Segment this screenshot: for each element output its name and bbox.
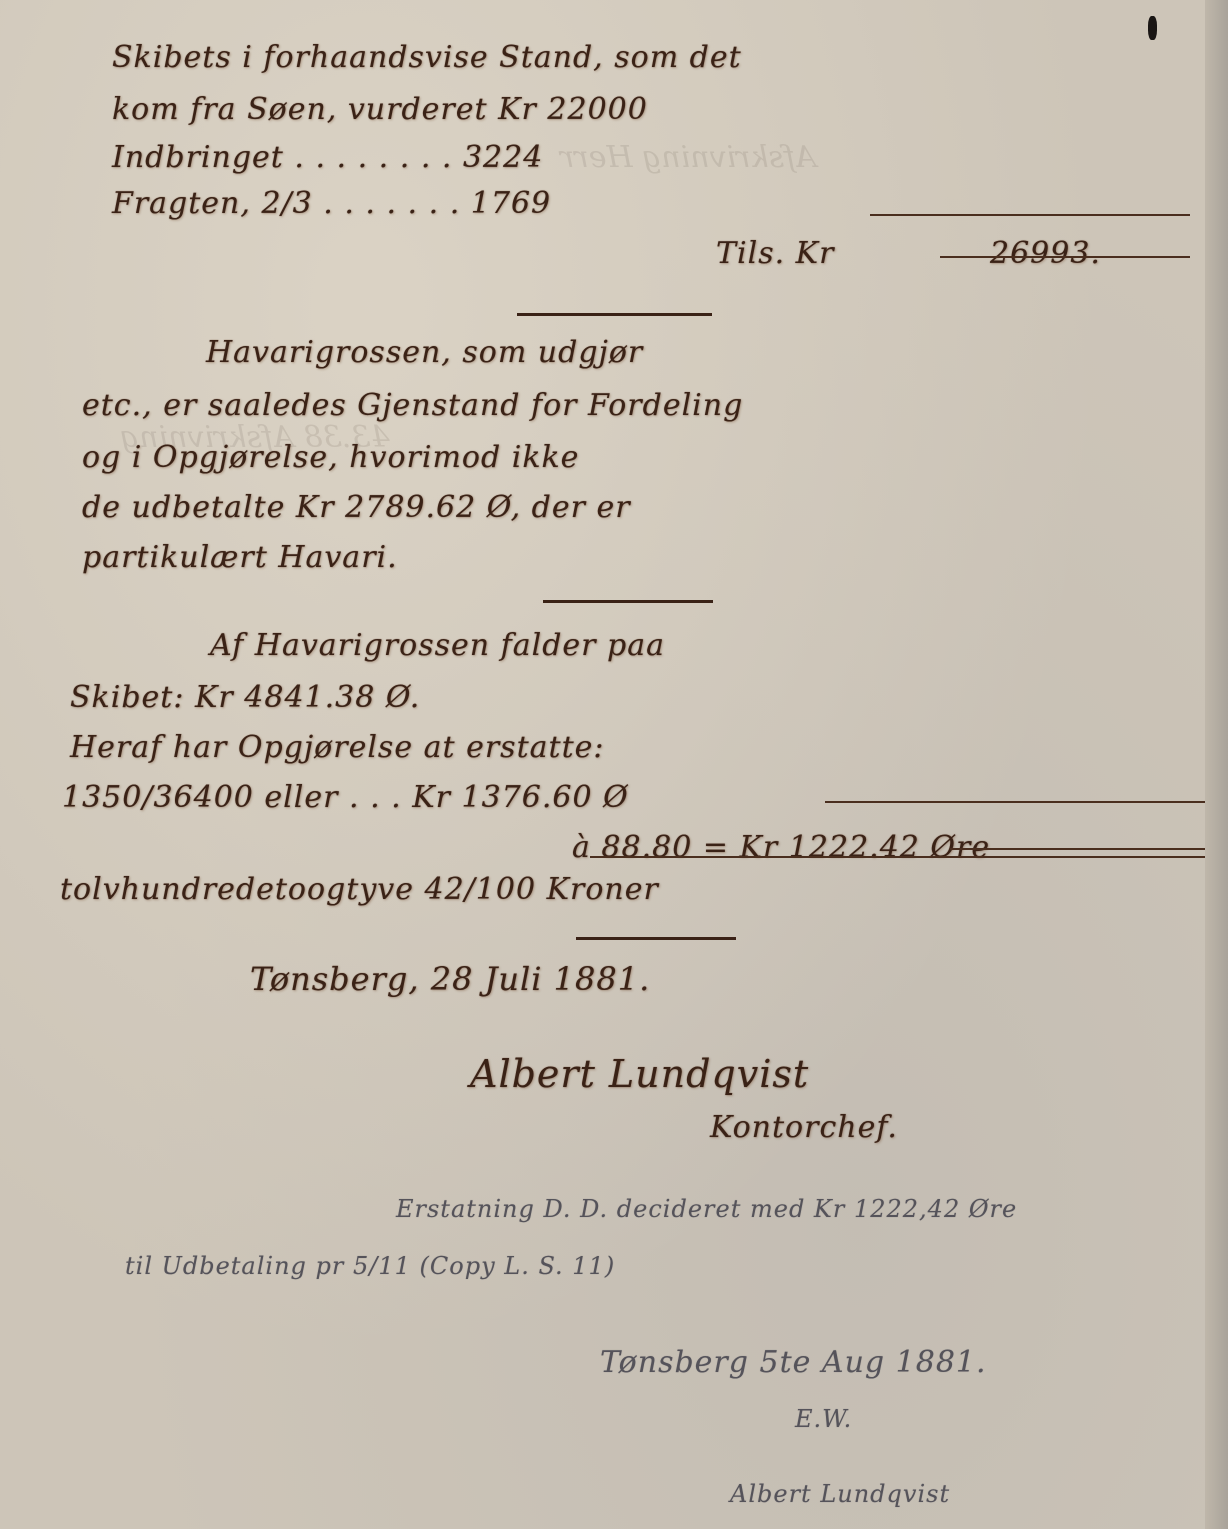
pencil-initials: E.W. — [795, 1405, 852, 1433]
text-line: Skibets i forhaandsvise Stand, som det — [112, 40, 742, 75]
text-line: tolvhundredetoogtyve 42/100 Kroner — [60, 872, 659, 907]
text-line: de udbetalte Kr 2789.62 Ø, der er — [82, 490, 631, 525]
section-divider — [576, 937, 736, 940]
page-edge — [1205, 0, 1228, 1529]
binding-hole — [1148, 16, 1157, 40]
text-line: Indbringet . . . . . . . . 3224 — [112, 140, 543, 175]
place-date: Tønsberg, 28 Juli 1881. — [250, 960, 650, 998]
sum-rule — [870, 214, 1190, 216]
pencil-note-line: Erstatning D. D. decideret med Kr 1222,4… — [396, 1195, 1017, 1223]
signature-title: Kontorchef. — [710, 1110, 898, 1145]
text-line: partikulært Havari. — [82, 540, 398, 575]
text-line: Skibet: Kr 4841.38 Ø. — [70, 680, 420, 715]
result-underline — [950, 848, 1220, 850]
text-line: à 88.80 = Kr 1222.42 Øre — [572, 830, 990, 865]
pencil-place-date: Tønsberg 5te Aug 1881. — [600, 1345, 987, 1380]
document-page: Afskrivning Herr 43.38 Afskrivning Skibe… — [0, 0, 1205, 1529]
total-value: 26993. — [990, 236, 1101, 271]
section-divider — [517, 313, 712, 316]
pencil-note-line: til Udbetaling pr 5/11 (Copy L. S. 11) — [125, 1252, 615, 1280]
text-line: og i Opgjørelse, hvorimod ikke — [82, 440, 579, 475]
text-line: Fragten, 2/3 . . . . . . . 1769 — [112, 186, 551, 221]
section-divider — [543, 600, 713, 603]
total-label: Tils. Kr — [716, 236, 834, 271]
amount-underline — [825, 801, 1225, 803]
text-line: kom fra Søen, vurderet Kr 22000 — [112, 92, 648, 127]
pencil-signature: Albert Lundqvist — [730, 1480, 950, 1508]
total-underline — [940, 256, 1190, 258]
text-line: Havarigrossen, som udgjør — [206, 335, 643, 370]
bleed-through-text: Afskrivning Herr — [560, 140, 816, 175]
text-line: 1350/36400 eller . . . Kr 1376.60 Ø — [62, 780, 629, 815]
signature: Albert Lundqvist — [470, 1052, 809, 1096]
text-line: Af Havarigrossen falder paa — [210, 628, 665, 663]
result-rule — [590, 856, 1225, 858]
text-line: etc., er saaledes Gjenstand for Fordelin… — [82, 388, 743, 423]
text-line: Heraf har Opgjørelse at erstatte: — [70, 730, 605, 765]
